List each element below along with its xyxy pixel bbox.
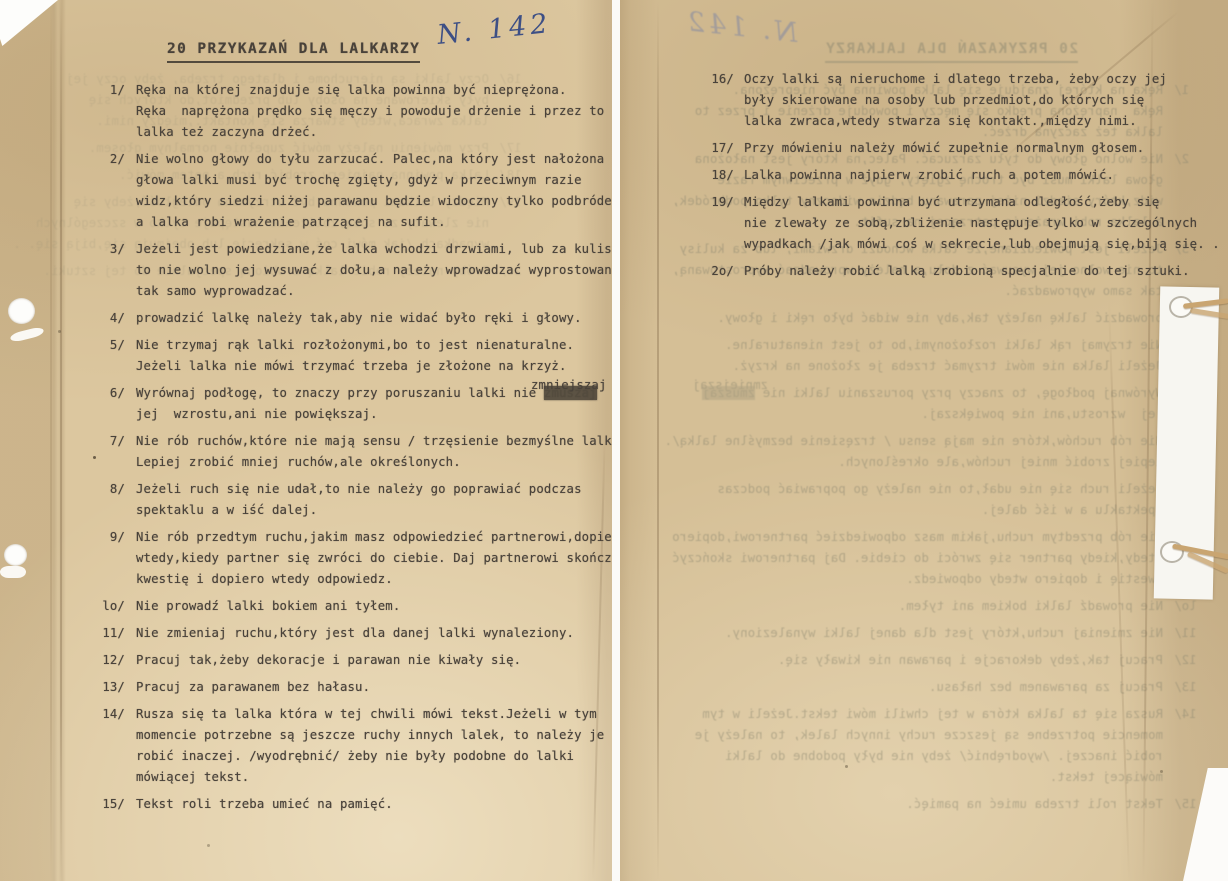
item-line: Przy mówieniu należy mówić zupełnie norm…: [744, 138, 1204, 159]
list-item: 14/Rusza się ta lalka która w tej chwili…: [99, 704, 611, 788]
crease: [1108, 300, 1130, 880]
punch-hole-icon: [8, 298, 35, 324]
item-number: 11/: [99, 623, 125, 644]
list-item: 15/Tekst roli trzeba umieć na pamięć.: [99, 794, 611, 815]
item-line: Ręka naprężona prędko się męczy i powodu…: [136, 101, 611, 122]
item-line: Tekst roli trzeba umieć na pamięć.: [688, 794, 1163, 815]
item-line: Nie zmieniaj ruchu,który jest dla danej …: [136, 623, 611, 644]
list-item: 18/Lalka powinna najpierw zrobić ruch a …: [704, 165, 1204, 186]
list-item: 8/Jeżeli ruch się nie udał,to nie należy…: [99, 479, 611, 521]
item-line: lalka zwraca,wtedy stwarza się kontakt.,…: [744, 111, 1204, 132]
item-line: widz,który siedzi niżej parawanu będzie …: [136, 191, 611, 212]
item-line: Ręka na której znajduje się lalka powinn…: [136, 80, 611, 101]
item-line: momencie potrzebne są jeszcze ruchy inny…: [688, 725, 1163, 746]
list-item: 2/Nie wolno głowy do tyłu zarzucać. Pale…: [99, 149, 611, 233]
list-item: 4/prowadzić lalkę należy tak,aby nie wid…: [688, 308, 1200, 329]
item-line: Lalka powinna najpierw zrobić ruch a pot…: [744, 165, 1204, 186]
list-item: 13/Pracuj za parawanem bez hałasu.: [688, 677, 1200, 698]
item-number: 15/: [99, 794, 125, 815]
ink-speck: [207, 844, 210, 847]
list-item: 8/Jeżeli ruch się nie udał,to nie należy…: [688, 479, 1200, 521]
item-number: 19/: [704, 192, 734, 255]
item-line: głowa lalki musi być trochę zgięty, gdyż…: [136, 170, 611, 191]
item-number: 8/: [99, 479, 125, 521]
item-line: były skierowane na osoby lub przedmiot,d…: [744, 90, 1204, 111]
list-item: 11/Nie zmieniaj ruchu,który jest dla dan…: [99, 623, 611, 644]
item-line: Jeżeli ruch się nie udał,to nie należy g…: [688, 479, 1163, 500]
item-number: 13/: [99, 677, 125, 698]
item-line: Nie rób ruchów,które nie mają sensu / tr…: [688, 431, 1163, 452]
crease: [657, 0, 659, 881]
item-number: 14/: [1174, 704, 1200, 788]
item-line: kwestię i dopiero wtedy odpowiedz.: [688, 569, 1163, 590]
page-left: 16/Oczy lalki są nieruchome i dlatego tr…: [0, 0, 613, 881]
list-item: 11/Nie zmieniaj ruchu,który jest dla dan…: [688, 623, 1200, 644]
list-item: 7/Nie rób ruchów,które nie mają sensu / …: [99, 431, 611, 473]
item-number: 2/: [99, 149, 125, 233]
list-item: 3/Jeżeli jest powiedziane,że lalka wchod…: [99, 239, 611, 302]
item-line: Nie rób przedtym ruchu,jakim masz odpowi…: [136, 527, 611, 548]
list-item: 14/Rusza się ta lalka która w tej chwili…: [688, 704, 1200, 788]
punch-hole-icon: [4, 544, 27, 566]
item-line: Lepiej zrobić mniej ruchów,ale określony…: [136, 452, 611, 473]
ink-speck: [58, 330, 61, 333]
list-item: 9/Nie rób przedtym ruchu,jakim masz odpo…: [688, 527, 1200, 590]
item-line: Nie prowadź lalki bokiem ani tyłem.: [136, 596, 611, 617]
item-line: Pracuj za parawanem bez hałasu.: [136, 677, 611, 698]
item-number: 6/: [99, 383, 125, 425]
item-number: 15/: [1174, 794, 1200, 815]
list-item: 7/Nie rób ruchów,które nie mają sensu / …: [688, 431, 1200, 473]
item-number: 12/: [1174, 650, 1200, 671]
item-line: wtedy,kiedy partner się zwróci do ciebie…: [688, 548, 1163, 569]
list-item: 12/Pracuj tak,żeby dekoracje i parawan n…: [99, 650, 611, 671]
item-line: jej wzrostu,ani nie powiększaj.: [136, 404, 611, 425]
item-number: 1/: [99, 80, 125, 143]
item-line: Oczy lalki są nieruchome i dlatego trzeb…: [744, 69, 1204, 90]
item-line: Pracuj tak,żeby dekoracje i parawan nie …: [136, 650, 611, 671]
item-line: mówiącej tekst.: [136, 767, 611, 788]
item-line: Jeżeli ruch się nie udał,to nie należy g…: [136, 479, 611, 500]
page-right: 20 PRZYKAZAŃ DLA LALKARZY N. 142 1/Ręka …: [620, 0, 1228, 881]
list-item: 6/Wyrównaj podłogę, to znaczy przy porus…: [99, 383, 611, 425]
item-number: 12/: [99, 650, 125, 671]
page-title: 20 PRZYKAZAŃ DLA LALKARZY: [167, 39, 420, 63]
item-line: prowadzić lalkę należy tak,aby nie widać…: [136, 308, 611, 329]
item-line: Rusza się ta lalka która w tej chwili mó…: [688, 704, 1163, 725]
item-line: Pracuj tak,żeby dekoracje i parawan nie …: [688, 650, 1163, 671]
item-number: 3/: [99, 239, 125, 302]
list-item: 6/Wyrównaj podłogę, to znaczy przy porus…: [688, 383, 1200, 425]
item-line: Nie zmieniaj ruchu,który jest dla danej …: [688, 623, 1163, 644]
item-line: robić inaczej. /wyodrębnić/ żeby nie był…: [136, 746, 611, 767]
item-line: Lepiej zrobić mniej ruchów,ale określony…: [688, 452, 1163, 473]
item-line: spektaklu a w iść dalej.: [136, 500, 611, 521]
list-item: 17/Przy mówieniu należy mówić zupełnie n…: [704, 138, 1204, 159]
item-line: Nie wolno głowy do tyłu zarzucać. Palec,…: [136, 149, 611, 170]
item-number: 5/: [99, 335, 125, 377]
item-line: tak samo wyprowadzać.: [136, 281, 611, 302]
commandments-list-1-15: 1/Ręka na której znajduje się lalka powi…: [99, 80, 611, 821]
item-line: Nie rób ruchów,które nie mają sensu / tr…: [136, 431, 611, 452]
list-item: lo/Nie prowadź lalki bokiem ani tyłem.: [688, 596, 1200, 617]
list-item: 2o/Próby należy robić lalką zrobioną spe…: [704, 261, 1204, 282]
item-line: prowadzić lalkę należy tak,aby nie widać…: [688, 308, 1163, 329]
commandments-list-16-20: 16/Oczy lalki są nieruchome i dlatego tr…: [704, 69, 1204, 288]
item-number: 16/: [704, 69, 734, 132]
item-number: 9/: [99, 527, 125, 590]
item-number: lo/: [99, 596, 125, 617]
item-line: Pracuj za parawanem bez hałasu.: [688, 677, 1163, 698]
item-line: Nie rób przedtym ruchu,jakim masz odpowi…: [688, 527, 1163, 548]
item-number: 13/: [1174, 677, 1200, 698]
item-line: momencie potrzebne są jeszcze ruchy inny…: [136, 725, 611, 746]
item-number: 7/: [99, 431, 125, 473]
ink-speck: [845, 765, 848, 768]
list-item: 15/Tekst roli trzeba umieć na pamięć.: [688, 794, 1200, 815]
list-item: 9/Nie rób przedtym ruchu,jakim masz odpo…: [99, 527, 611, 590]
item-line: robić inaczej. /wyodrębnić/ żeby nie był…: [688, 746, 1163, 767]
item-line: Tekst roli trzeba umieć na pamięć.: [136, 794, 611, 815]
item-line: Nie trzymaj rąk lalki rozłożonymi,bo to …: [688, 335, 1163, 356]
item-line: Rusza się ta lalka która w tej chwili mó…: [136, 704, 611, 725]
list-item: 12/Pracuj tak,żeby dekoracje i parawan n…: [688, 650, 1200, 671]
item-line: kwestię i dopiero wtedy odpowiedz.: [136, 569, 611, 590]
item-number: 17/: [704, 138, 734, 159]
ink-speck: [1160, 770, 1163, 773]
crease: [60, 0, 62, 881]
list-item: 16/Oczy lalki są nieruchome i dlatego tr…: [704, 69, 1204, 132]
item-line: Nie prowadź lalki bokiem ani tyłem.: [688, 596, 1163, 617]
item-number: 4/: [99, 308, 125, 329]
item-line: jej wzrostu,ani nie powiększaj.: [688, 404, 1163, 425]
item-number: 14/: [99, 704, 125, 788]
list-item: 13/Pracuj za parawanem bez hałasu.: [99, 677, 611, 698]
list-item: 5/Nie trzymaj rąk lalki rozłożonymi,bo t…: [688, 335, 1200, 377]
item-line: a lalka robi wrażenie patrzącej na sufit…: [136, 212, 611, 233]
ink-speck: [93, 456, 96, 459]
item-number: 2o/: [704, 261, 734, 282]
item-line: spektaklu a w iść dalej.: [688, 500, 1163, 521]
item-line: Próby należy robić lalką zrobioną specja…: [744, 261, 1204, 282]
item-number: 18/: [704, 165, 734, 186]
item-line: lalka też zaczyna drżeć.: [136, 122, 611, 143]
crease: [50, 0, 52, 881]
item-line: Wyrównaj podłogę, to znaczy przy porusza…: [136, 383, 611, 404]
list-item: 1/Ręka na której znajduje się lalka powi…: [99, 80, 611, 143]
item-line: wtedy,kiedy partner się zwróci do ciebie…: [136, 548, 611, 569]
item-line: Nie trzymaj rąk lalki rozłożonymi,bo to …: [136, 335, 611, 356]
paper-tear: [0, 566, 26, 578]
item-line: to nie wolno jej wysuwać z dołu,a należy…: [136, 260, 611, 281]
item-line: Wyrównaj podłogę, to znaczy przy porusza…: [688, 383, 1163, 404]
item-line: mówiącej tekst.: [688, 767, 1163, 788]
list-item: lo/Nie prowadź lalki bokiem ani tyłem.: [99, 596, 611, 617]
document-scan: 16/Oczy lalki są nieruchome i dlatego tr…: [0, 0, 1228, 881]
item-line: Jeżeli jest powiedziane,że lalka wchodzi…: [136, 239, 611, 260]
item-line: nie zlewały ze sobą,zbliżenie następuje …: [744, 213, 1204, 234]
list-item: 19/Między lalkami powinna być utrzymana …: [704, 192, 1204, 255]
list-item: 5/Nie trzymaj rąk lalki rozłożonymi,bo t…: [99, 335, 611, 377]
item-line: Jeżeli lalka nie mówi trzymać trzeba je …: [136, 356, 611, 377]
item-number: 11/: [1174, 623, 1200, 644]
list-item: 4/prowadzić lalkę należy tak,aby nie wid…: [99, 308, 611, 329]
item-line: Między lalkami powinna być utrzymana odl…: [744, 192, 1204, 213]
item-line: Jeżeli lalka nie mówi trzymać trzeba je …: [688, 356, 1163, 377]
item-line: wypadkach /jak mówi coś w sekrecie,lub o…: [744, 234, 1204, 255]
